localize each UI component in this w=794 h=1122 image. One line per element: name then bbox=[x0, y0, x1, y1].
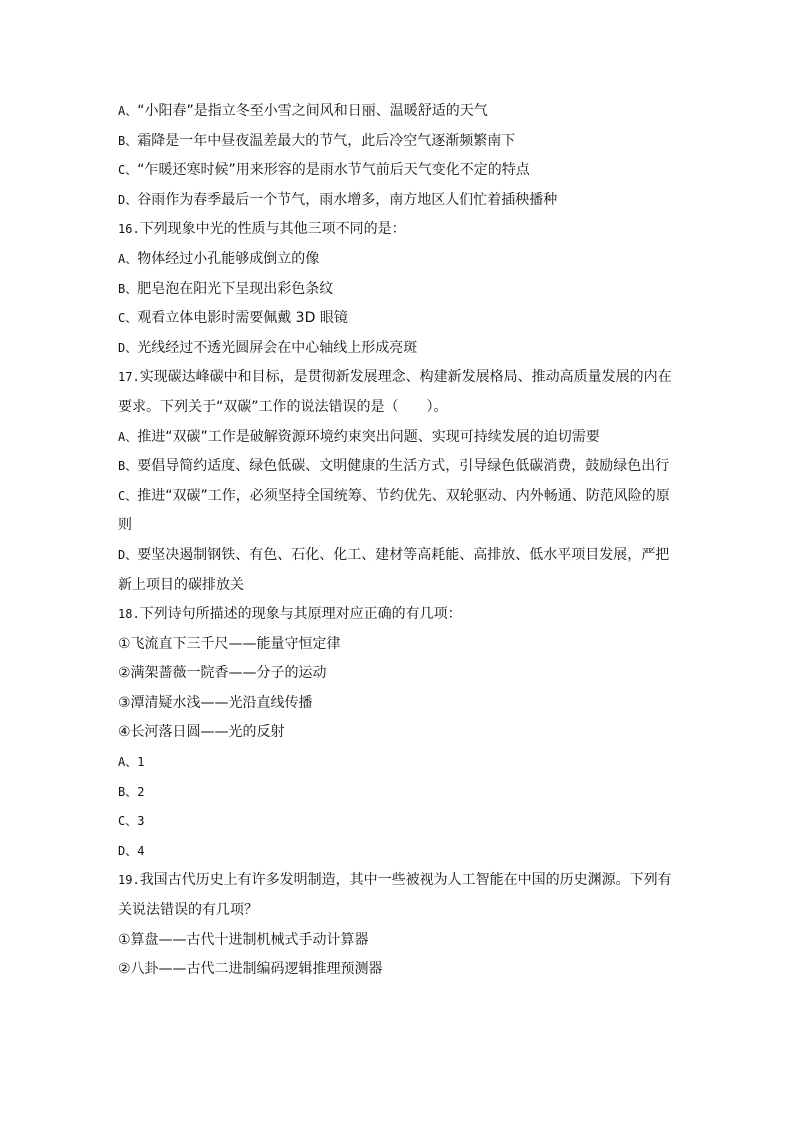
q15-option-b: B、霜降是一年中昼夜温差最大的节气，此后冷空气逐渐频繁南下 bbox=[118, 127, 688, 157]
option-text: “乍暖还寒时候”用来形容的是雨水节气前后天气变化不定的特点 bbox=[137, 162, 530, 178]
option-text: 谷雨作为春季最后一个节气，雨水增多，南方地区人们忙着插秧播种 bbox=[137, 192, 557, 208]
q17-option-c-cont: 则 bbox=[118, 511, 688, 541]
option-text: 要坚决遏制钢铁、有色、石化、化工、建材等高耗能、高排放、低水平项目发展，严把 bbox=[137, 547, 669, 563]
option-label: B、 bbox=[118, 459, 137, 473]
q16-option-b: B、肥皂泡在阳光下呈现出彩色条纹 bbox=[118, 275, 688, 305]
q18-option-a: A、1 bbox=[118, 748, 688, 778]
question-text: 要求。下列关于“双碳”工作的说法错误的是（ ）。 bbox=[118, 399, 448, 415]
question-number: 17. bbox=[118, 370, 140, 384]
q18-item-1: ①飞流直下三千尺——能量守恒定律 bbox=[118, 630, 688, 660]
option-text: 则 bbox=[118, 517, 132, 533]
q16-option-c: C、观看立体电影时需要佩戴 3D 眼镜 bbox=[118, 304, 688, 334]
q17-stem-line1: 17.实现碳达峰碳中和目标，是贯彻新发展理念、构建新发展格局、推动高质量发展的内… bbox=[118, 363, 688, 393]
option-label: D、 bbox=[118, 548, 137, 562]
option-text: 光线经过不透光圆屏会在中心轴线上形成亮斑 bbox=[137, 340, 417, 356]
option-label: D、 bbox=[118, 844, 137, 858]
question-text: 关说法错误的有几项？ bbox=[118, 902, 258, 918]
option-label: D、 bbox=[118, 193, 137, 207]
option-text: 3 bbox=[137, 814, 144, 828]
question-number: 18. bbox=[118, 607, 140, 621]
option-text: 推进“双碳”工作，必须坚持全国统筹、节约优先、双轮驱动、内外畅通、防范风险的原 bbox=[137, 488, 670, 504]
option-text: “小阳春”是指立冬至小雪之间风和日丽、温暖舒适的天气 bbox=[137, 103, 488, 119]
question-text: 下列诗句所描述的现象与其原理对应正确的有几项： bbox=[140, 606, 462, 622]
q18-item-3: ③潭清疑水浅——光沿直线传播 bbox=[118, 689, 688, 719]
option-label: C、 bbox=[118, 163, 137, 177]
document-page: A、“小阳春”是指立冬至小雪之间风和日丽、温暖舒适的天气 B、霜降是一年中昼夜温… bbox=[118, 97, 688, 985]
item-text: ②八卦——古代二进制编码逻辑推理预测器 bbox=[118, 961, 383, 977]
q16-option-d: D、光线经过不透光圆屏会在中心轴线上形成亮斑 bbox=[118, 334, 688, 364]
option-label: A、 bbox=[118, 252, 137, 266]
option-label: A、 bbox=[118, 430, 137, 444]
option-text: 观看立体电影时需要佩戴 3D 眼镜 bbox=[137, 310, 348, 326]
q15-option-a: A、“小阳春”是指立冬至小雪之间风和日丽、温暖舒适的天气 bbox=[118, 97, 688, 127]
q18-item-4: ④长河落日圆——光的反射 bbox=[118, 718, 688, 748]
option-label: C、 bbox=[118, 311, 137, 325]
q18-option-b: B、2 bbox=[118, 778, 688, 808]
option-text: 霜降是一年中昼夜温差最大的节气，此后冷空气逐渐频繁南下 bbox=[137, 133, 515, 149]
option-text: 要倡导简约适度、绿色低碳、文明健康的生活方式，引导绿色低碳消费，鼓励绿色出行 bbox=[137, 458, 669, 474]
q18-item-2: ②满架蔷薇一院香——分子的运动 bbox=[118, 659, 688, 689]
option-label: C、 bbox=[118, 814, 137, 828]
option-text: 肥皂泡在阳光下呈现出彩色条纹 bbox=[137, 281, 333, 297]
option-label: B、 bbox=[118, 282, 137, 296]
question-text: 下列现象中光的性质与其他三项不同的是： bbox=[140, 221, 406, 237]
q18-option-c: C、3 bbox=[118, 807, 688, 837]
q18-option-d: D、4 bbox=[118, 837, 688, 867]
question-text: 我国古代历史上有许多发明制造，其中一些被视为人工智能在中国的历史渊源。下列有 bbox=[140, 872, 672, 888]
q17-option-c: C、推进“双碳”工作，必须坚持全国统筹、节约优先、双轮驱动、内外畅通、防范风险的… bbox=[118, 482, 688, 512]
q19-item-1: ①算盘——古代十进制机械式手动计算器 bbox=[118, 926, 688, 956]
item-text: ②满架蔷薇一院香——分子的运动 bbox=[118, 665, 327, 681]
q19-stem-line2: 关说法错误的有几项？ bbox=[118, 896, 688, 926]
option-label: B、 bbox=[118, 785, 137, 799]
option-label: D、 bbox=[118, 341, 137, 355]
q18-stem: 18.下列诗句所描述的现象与其原理对应正确的有几项： bbox=[118, 600, 688, 630]
q15-option-d: D、谷雨作为春季最后一个节气，雨水增多，南方地区人们忙着插秧播种 bbox=[118, 186, 688, 216]
q17-option-a: A、推进“双碳”工作是破解资源环境约束突出问题、实现可持续发展的迫切需要 bbox=[118, 423, 688, 453]
q17-option-b: B、要倡导简约适度、绿色低碳、文明健康的生活方式，引导绿色低碳消费，鼓励绿色出行 bbox=[118, 452, 688, 482]
q19-stem-line1: 19.我国古代历史上有许多发明制造，其中一些被视为人工智能在中国的历史渊源。下列… bbox=[118, 866, 688, 896]
option-label: A、 bbox=[118, 755, 137, 769]
option-label: C、 bbox=[118, 489, 137, 503]
item-text: ④长河落日圆——光的反射 bbox=[118, 724, 285, 740]
option-text: 1 bbox=[137, 755, 144, 769]
q17-option-d: D、要坚决遏制钢铁、有色、石化、化工、建材等高耗能、高排放、低水平项目发展，严把 bbox=[118, 541, 688, 571]
item-text: ①算盘——古代十进制机械式手动计算器 bbox=[118, 932, 369, 948]
option-text: 新上项目的碳排放关 bbox=[118, 577, 244, 593]
q16-option-a: A、物体经过小孔能够成倒立的像 bbox=[118, 245, 688, 275]
option-text: 4 bbox=[137, 844, 144, 858]
item-text: ③潭清疑水浅——光沿直线传播 bbox=[118, 695, 313, 711]
question-number: 16. bbox=[118, 222, 140, 236]
option-label: A、 bbox=[118, 104, 137, 118]
q17-option-d-cont: 新上项目的碳排放关 bbox=[118, 571, 688, 601]
q19-item-2: ②八卦——古代二进制编码逻辑推理预测器 bbox=[118, 955, 688, 985]
q15-option-c: C、“乍暖还寒时候”用来形容的是雨水节气前后天气变化不定的特点 bbox=[118, 156, 688, 186]
question-text: 实现碳达峰碳中和目标，是贯彻新发展理念、构建新发展格局、推动高质量发展的内在 bbox=[140, 369, 672, 385]
option-text: 推进“双碳”工作是破解资源环境约束突出问题、实现可持续发展的迫切需要 bbox=[137, 429, 600, 445]
option-text: 2 bbox=[137, 785, 144, 799]
question-number: 19. bbox=[118, 873, 140, 887]
q16-stem: 16.下列现象中光的性质与其他三项不同的是： bbox=[118, 215, 688, 245]
item-text: ①飞流直下三千尺——能量守恒定律 bbox=[118, 636, 341, 652]
q17-stem-line2: 要求。下列关于“双碳”工作的说法错误的是（ ）。 bbox=[118, 393, 688, 423]
option-text: 物体经过小孔能够成倒立的像 bbox=[137, 251, 319, 267]
option-label: B、 bbox=[118, 134, 137, 148]
